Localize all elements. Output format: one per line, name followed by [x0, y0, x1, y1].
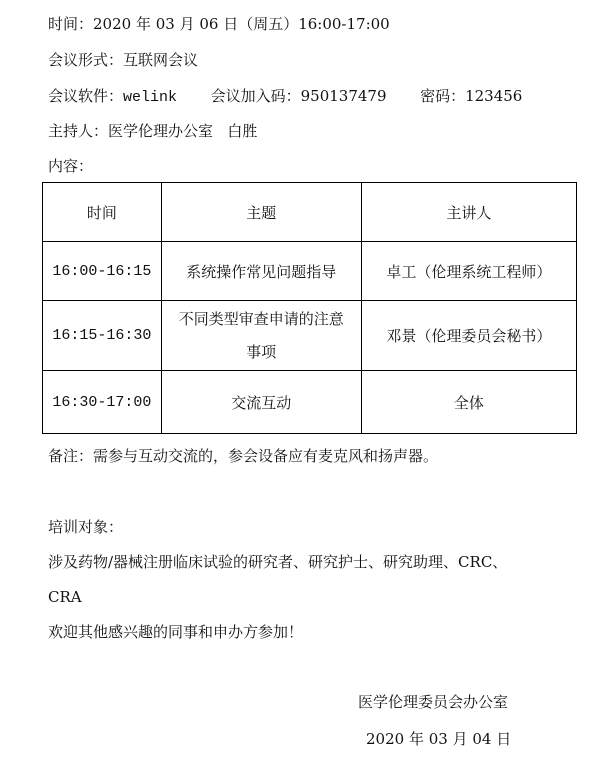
meeting-format: 会议形式：互联网会议 — [48, 50, 198, 70]
header-time: 时间 — [43, 183, 162, 242]
host-value: 医学伦理办公室 白胜 — [108, 122, 257, 140]
row-topic-line2: 事项 — [168, 336, 355, 369]
row-topic: 不同类型审查申请的注意 事项 — [161, 301, 361, 371]
meeting-format-label: 会议形式： — [48, 51, 123, 69]
password-value: 123456 — [465, 87, 522, 105]
password-label: 密码： — [420, 87, 465, 105]
row-time: 16:30-17:00 — [43, 371, 162, 434]
header-speaker: 主讲人 — [361, 183, 576, 242]
row-speaker: 卓工（伦理系统工程师） — [361, 242, 576, 301]
row-speaker: 邓景（伦理委员会秘书） — [361, 301, 576, 371]
host-label: 主持人： — [48, 122, 108, 140]
row-topic-line1: 不同类型审查申请的注意 — [168, 303, 355, 336]
meeting-host: 主持人：医学伦理办公室 白胜 — [48, 121, 257, 141]
software-value: welink — [123, 89, 177, 106]
signature-date: 2020 年 03 月 04 日 — [366, 729, 511, 749]
row-time: 16:00-16:15 — [43, 242, 162, 301]
join-code-label: 会议加入码： — [211, 87, 301, 105]
note: 备注：需参与互动交流的，参会设备应有麦克风和扬声器。 — [48, 446, 438, 466]
header-topic: 主题 — [161, 183, 361, 242]
audience-line1: 涉及药物/器械注册临床试验的研究者、研究护士、研究助理、CRC、 — [48, 552, 507, 572]
table-row: 16:15-16:30 不同类型审查申请的注意 事项 邓景（伦理委员会秘书） — [43, 301, 577, 371]
table-row: 16:00-16:15 系统操作常见问题指导 卓工（伦理系统工程师） — [43, 242, 577, 301]
meeting-format-value: 互联网会议 — [123, 51, 198, 69]
signature-org: 医学伦理委员会办公室 — [358, 692, 508, 712]
meeting-time-value: 2020 年 03 月 06 日（周五）16:00-17:00 — [93, 15, 390, 33]
meeting-time-label: 时间： — [48, 15, 93, 33]
audience-line2: CRA — [48, 587, 82, 607]
content-label: 内容： — [48, 156, 93, 176]
software-label: 会议软件： — [48, 87, 123, 105]
meeting-software: 会议软件：welink 会议加入码：950137479 密码：123456 — [48, 86, 522, 108]
table-row: 16:30-17:00 交流互动 全体 — [43, 371, 577, 434]
row-topic: 交流互动 — [161, 371, 361, 434]
table-header-row: 时间 主题 主讲人 — [43, 183, 577, 242]
join-code-value: 950137479 — [301, 87, 387, 105]
schedule-table: 时间 主题 主讲人 16:00-16:15 系统操作常见问题指导 卓工（伦理系统… — [42, 182, 577, 434]
row-time: 16:15-16:30 — [43, 301, 162, 371]
audience-label: 培训对象： — [48, 517, 123, 537]
row-speaker: 全体 — [361, 371, 576, 434]
meeting-time: 时间：2020 年 03 月 06 日（周五）16:00-17:00 — [48, 14, 390, 34]
row-topic: 系统操作常见问题指导 — [161, 242, 361, 301]
welcome-text: 欢迎其他感兴趣的同事和申办方参加！ — [48, 622, 303, 642]
